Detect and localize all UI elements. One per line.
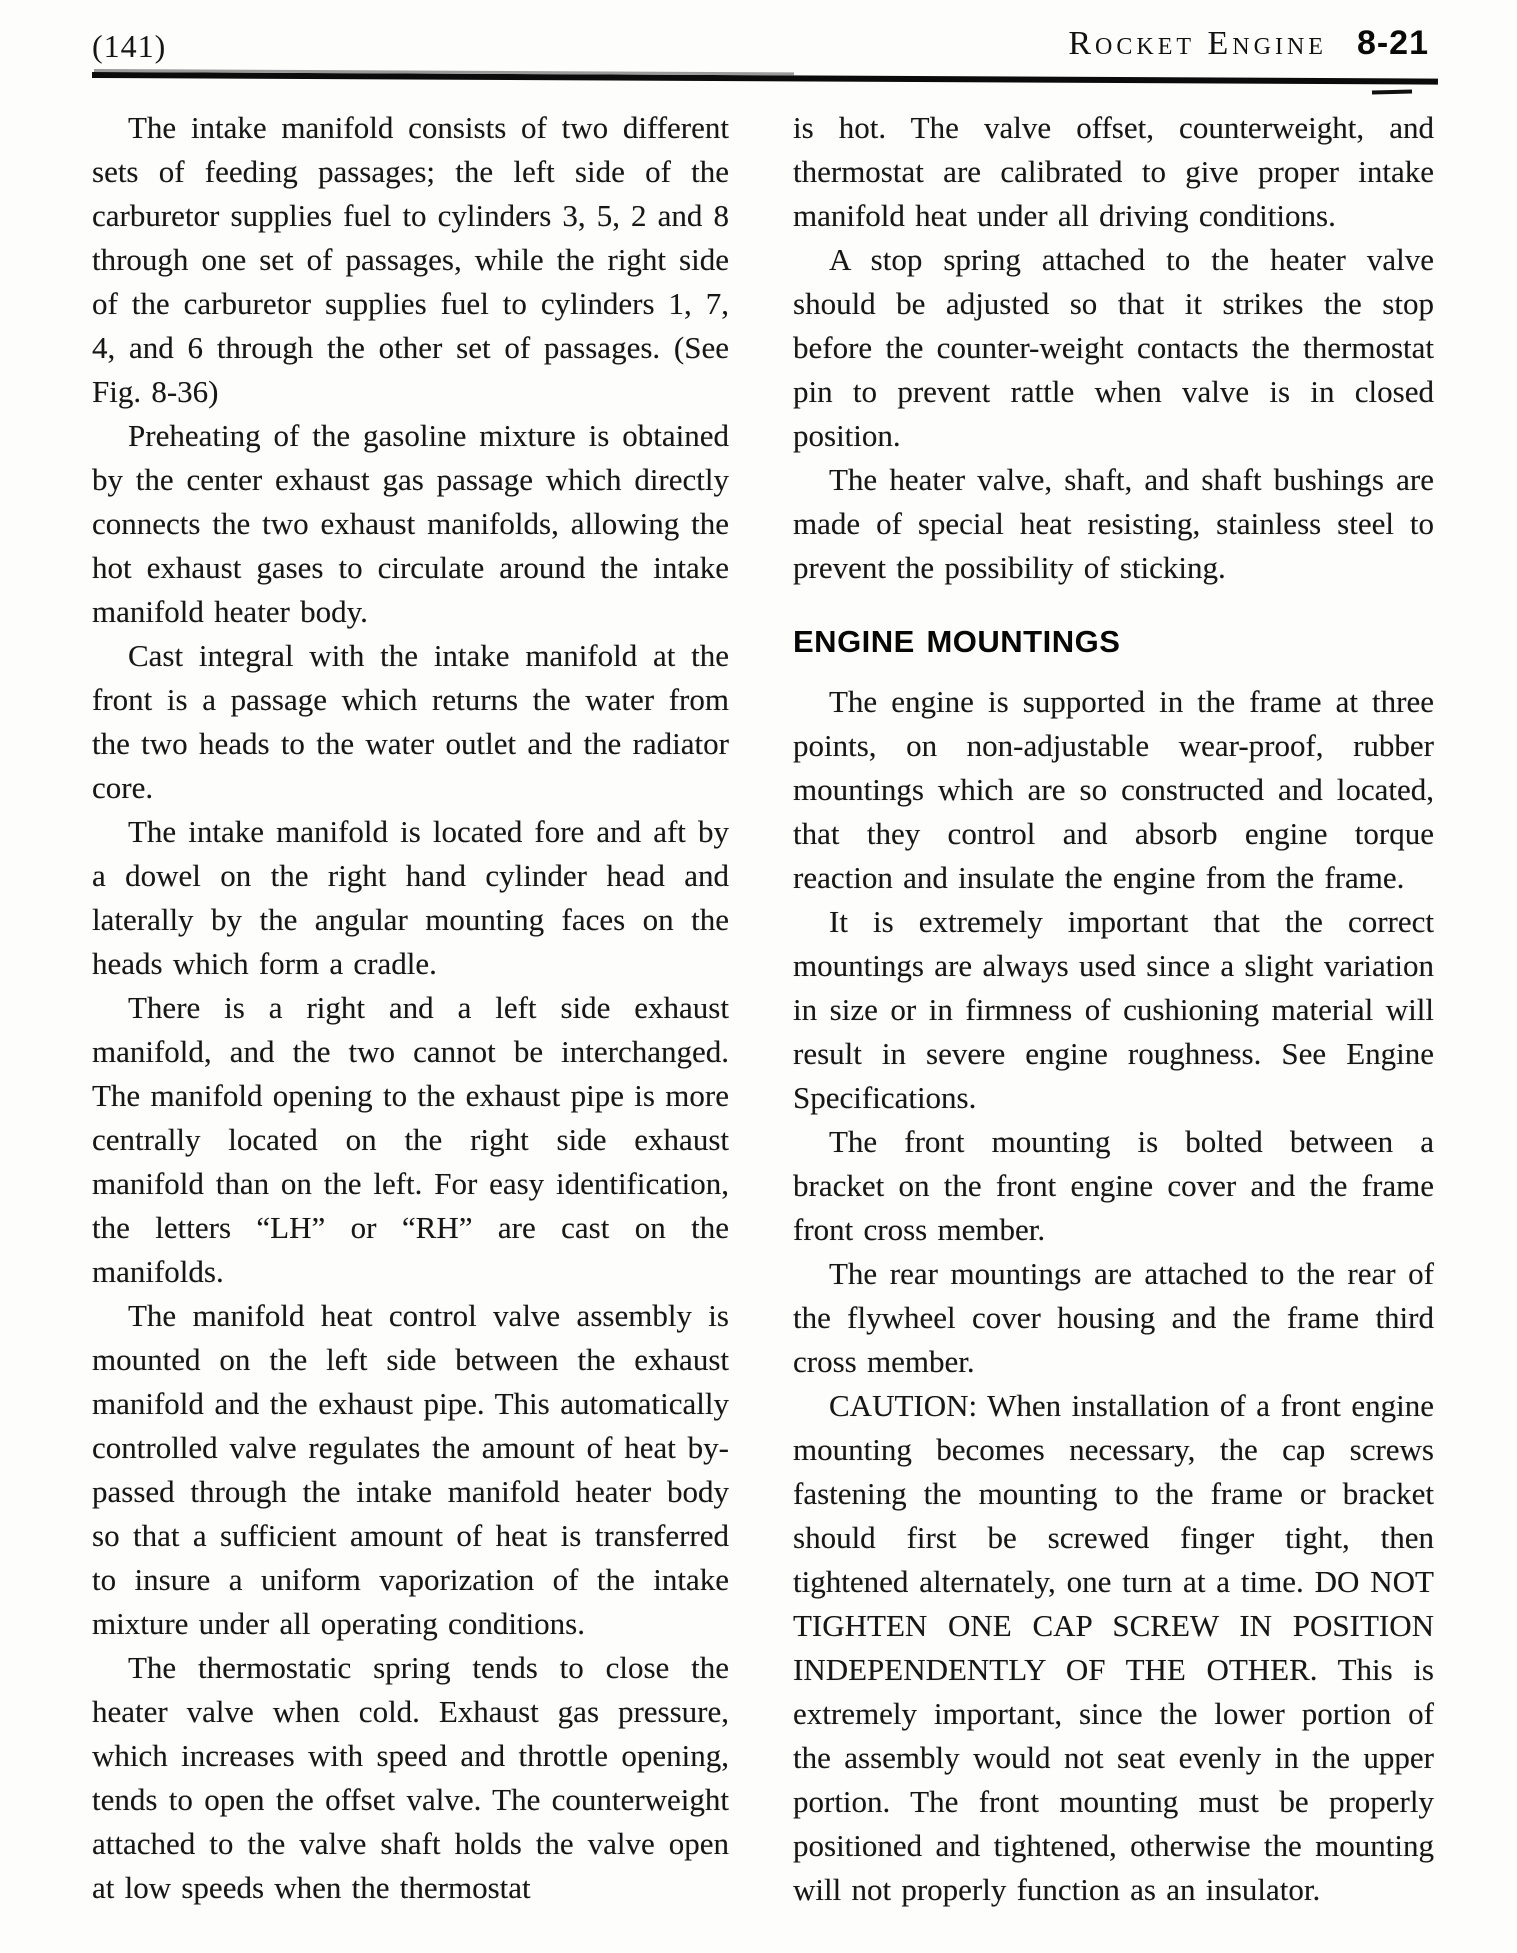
body-paragraph: CAUTION: When installation of a front en… [793, 1384, 1434, 1912]
body-paragraph: A stop spring attached to the heater val… [793, 238, 1434, 458]
right-column: is hot. The valve offset, counterweight,… [793, 106, 1434, 1912]
body-paragraph: is hot. The valve offset, counterweight,… [793, 106, 1434, 238]
body-paragraph: Preheating of the gasoline mixture is ob… [92, 414, 729, 634]
header-rule [92, 72, 1438, 85]
scan-artifact-mark [1372, 89, 1412, 94]
running-head-title: Rocket Engine [1068, 25, 1327, 63]
body-paragraph: There is a right and a left side exhaust… [92, 986, 729, 1294]
section-heading-engine-mountings: ENGINE MOUNTINGS [793, 620, 1434, 664]
page-number: (141) [92, 28, 166, 65]
running-head: Rocket Engine 8-21 [1068, 24, 1429, 63]
body-paragraph: It is extremely important that the corre… [793, 900, 1434, 1120]
body-paragraph: The thermostatic spring tends to close t… [92, 1646, 729, 1910]
running-head-section-page: 8-21 [1357, 24, 1429, 63]
body-paragraph: The heater valve, shaft, and shaft bushi… [793, 458, 1434, 590]
body-paragraph: The engine is supported in the frame at … [793, 680, 1434, 900]
body-paragraph: The intake manifold consists of two diff… [92, 106, 729, 414]
body-paragraph: The front mounting is bolted between a b… [793, 1120, 1434, 1252]
body-paragraph: Cast integral with the intake manifold a… [92, 634, 729, 810]
manual-page: (141) Rocket Engine 8-21 The intake mani… [0, 0, 1517, 1953]
body-paragraph: The manifold heat control valve assembly… [92, 1294, 729, 1646]
body-paragraph: The rear mountings are attached to the r… [793, 1252, 1434, 1384]
body-paragraph: The intake manifold is located fore and … [92, 810, 729, 986]
left-column: The intake manifold consists of two diff… [92, 106, 729, 1910]
